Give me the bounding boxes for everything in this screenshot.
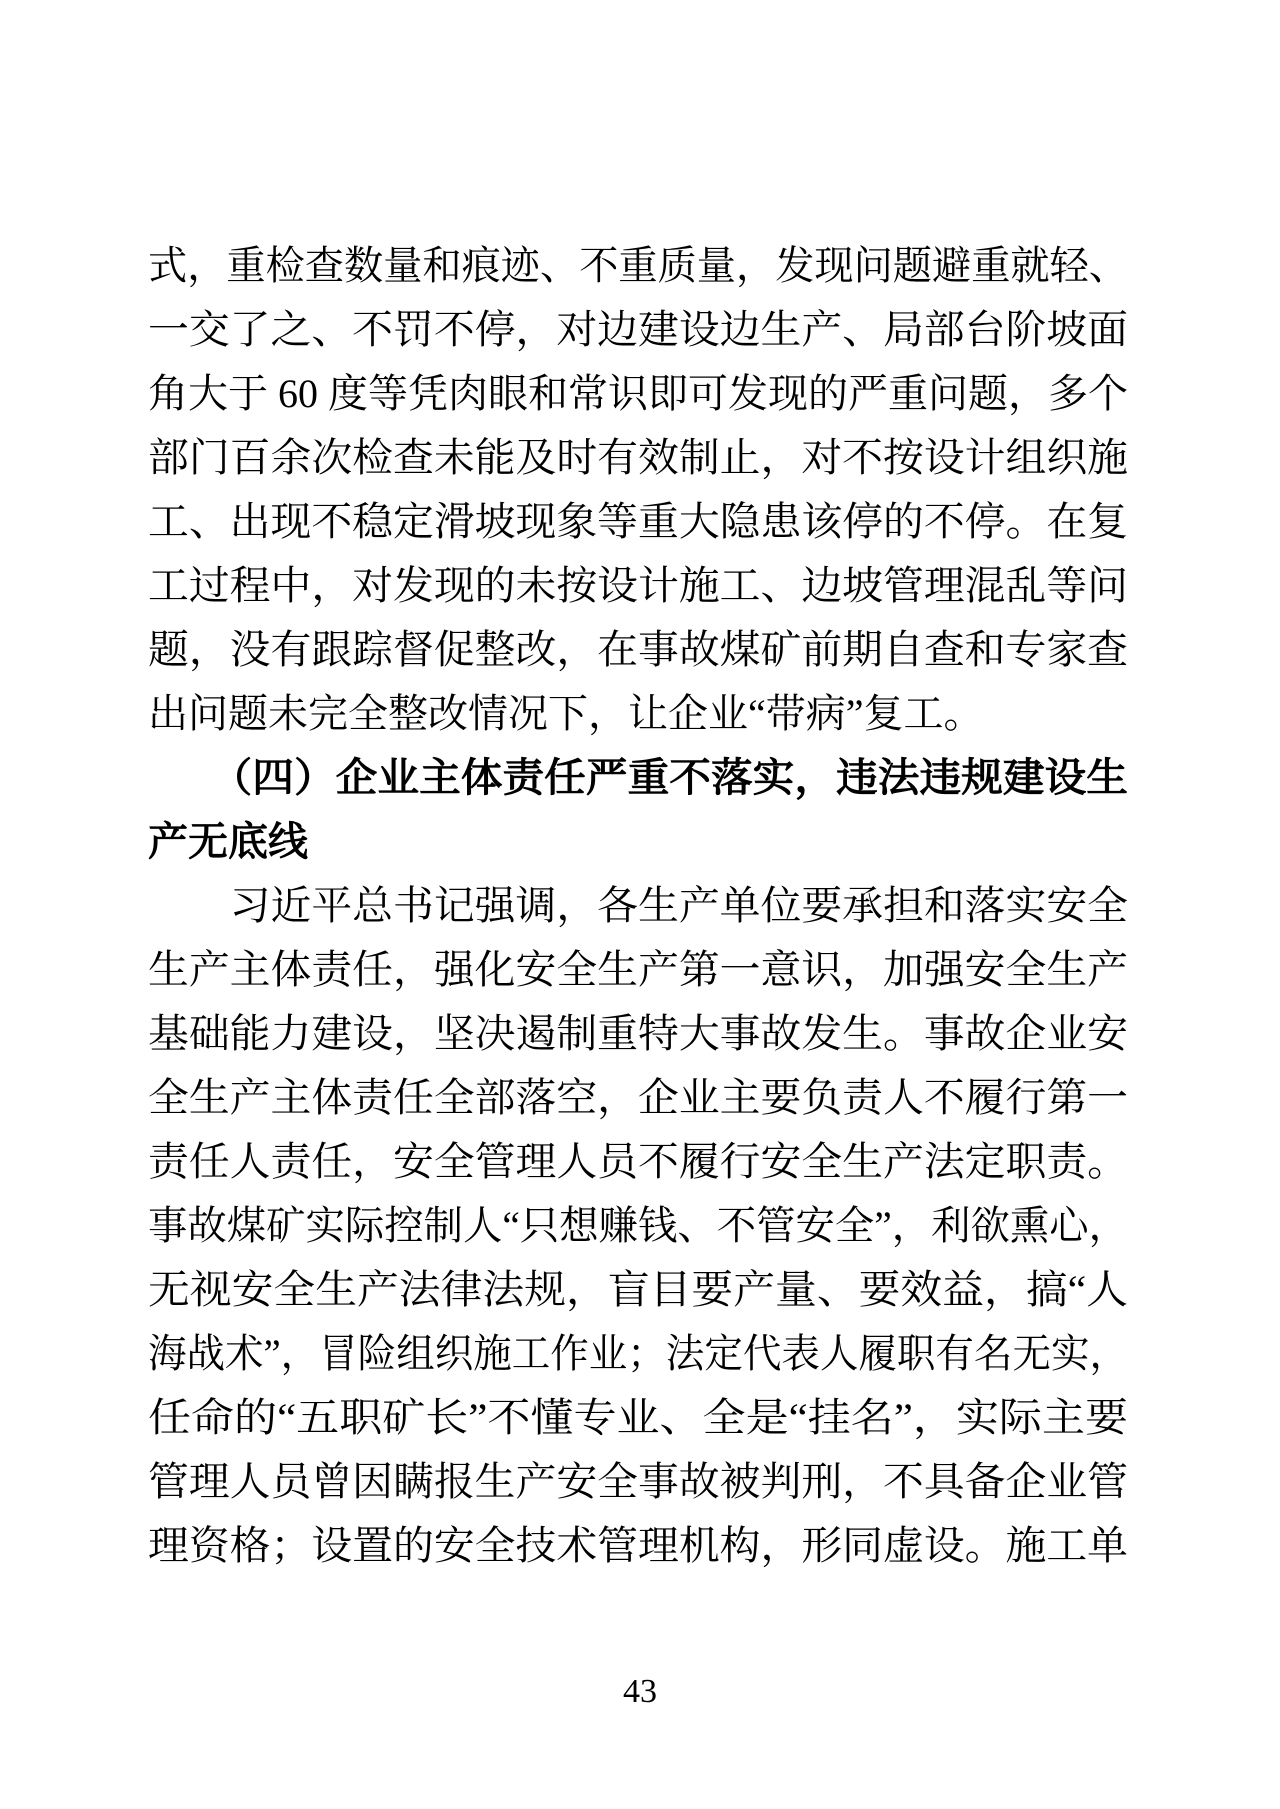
text-line-11: 习近平总书记强调，各生产单位要承担和落实安全 <box>148 874 1128 938</box>
text-line-content: 无视安全生产法律法规，盲目要产量、要效益，搞“人 <box>148 1258 1128 1322</box>
text-line-content: 基础能力建设，坚决遏制重特大事故发生。事故企业安 <box>148 1002 1128 1066</box>
text-line-8: 出问题未完全整改情况下，让企业“带病”复工。 <box>148 682 1128 746</box>
text-line-4: 部门百余次检查未能及时有效制止，对不按设计组织施 <box>148 426 1128 490</box>
text-line-6: 工过程中，对发现的未按设计施工、边坡管理混乱等问 <box>148 554 1128 618</box>
text-line-content: 题，没有跟踪督促整改，在事故煤矿前期自查和专家查 <box>148 618 1128 682</box>
document-body: 式，重检查数量和痕迹、不重质量，发现问题避重就轻、一交了之、不罚不停，对边建设边… <box>148 234 1128 1578</box>
text-line-5: 工、出现不稳定滑坡现象等重大隐患该停的不停。在复 <box>148 490 1128 554</box>
text-line-content: 海战术”，冒险组织施工作业；法定代表人履职有名无实， <box>148 1322 1128 1386</box>
text-line-7: 题，没有跟踪督促整改，在事故煤矿前期自查和专家查 <box>148 618 1128 682</box>
text-line-content: 任命的“五职矿长”不懂专业、全是“挂名”，实际主要 <box>148 1386 1128 1450</box>
text-line-content: 习近平总书记强调，各生产单位要承担和落实安全 <box>148 874 1128 938</box>
text-line-content: 产无底线 <box>148 810 308 874</box>
text-line-content: 管理人员曾因瞒报生产安全事故被判刑，不具备企业管 <box>148 1450 1128 1514</box>
text-line-2: 一交了之、不罚不停，对边建设边生产、局部台阶坡面 <box>148 298 1128 362</box>
text-line-10: 产无底线 <box>148 810 1128 874</box>
page-number: 43 <box>0 1672 1280 1712</box>
text-line-12: 生产主体责任，强化安全生产第一意识，加强安全生产 <box>148 938 1128 1002</box>
text-line-14: 全生产主体责任全部落空，企业主要负责人不履行第一 <box>148 1066 1128 1130</box>
text-line-18: 海战术”，冒险组织施工作业；法定代表人履职有名无实， <box>148 1322 1128 1386</box>
text-line-content: 生产主体责任，强化安全生产第一意识，加强安全生产 <box>148 938 1128 1002</box>
text-line-20: 管理人员曾因瞒报生产安全事故被判刑，不具备企业管 <box>148 1450 1128 1514</box>
text-line-content: 工、出现不稳定滑坡现象等重大隐患该停的不停。在复 <box>148 490 1128 554</box>
text-line-17: 无视安全生产法律法规，盲目要产量、要效益，搞“人 <box>148 1258 1128 1322</box>
text-line-16: 事故煤矿实际控制人“只想赚钱、不管安全”，利欲熏心， <box>148 1194 1128 1258</box>
text-line-3: 角大于 60 度等凭肉眼和常识即可发现的严重问题，多个 <box>148 362 1128 426</box>
text-line-1: 式，重检查数量和痕迹、不重质量，发现问题避重就轻、 <box>148 234 1128 298</box>
document-page: 式，重检查数量和痕迹、不重质量，发现问题避重就轻、一交了之、不罚不停，对边建设边… <box>0 0 1280 1809</box>
text-line-21: 理资格；设置的安全技术管理机构，形同虚设。施工单 <box>148 1514 1128 1578</box>
text-line-content: 一交了之、不罚不停，对边建设边生产、局部台阶坡面 <box>148 298 1128 362</box>
text-line-content: 角大于 60 度等凭肉眼和常识即可发现的严重问题，多个 <box>148 362 1128 426</box>
text-line-content: （四）企业主体责任严重不落实，违法违规建设生 <box>148 746 1128 810</box>
text-line-13: 基础能力建设，坚决遏制重特大事故发生。事故企业安 <box>148 1002 1128 1066</box>
text-line-9: （四）企业主体责任严重不落实，违法违规建设生 <box>148 746 1128 810</box>
text-line-content: 出问题未完全整改情况下，让企业“带病”复工。 <box>148 682 984 746</box>
text-line-content: 责任人责任，安全管理人员不履行安全生产法定职责。 <box>148 1130 1128 1194</box>
text-line-content: 式，重检查数量和痕迹、不重质量，发现问题避重就轻、 <box>148 234 1128 298</box>
text-line-content: 理资格；设置的安全技术管理机构，形同虚设。施工单 <box>148 1514 1128 1578</box>
text-line-content: 部门百余次检查未能及时有效制止，对不按设计组织施 <box>148 426 1128 490</box>
text-line-content: 工过程中，对发现的未按设计施工、边坡管理混乱等问 <box>148 554 1128 618</box>
text-line-content: 全生产主体责任全部落空，企业主要负责人不履行第一 <box>148 1066 1128 1130</box>
text-line-19: 任命的“五职矿长”不懂专业、全是“挂名”，实际主要 <box>148 1386 1128 1450</box>
text-line-15: 责任人责任，安全管理人员不履行安全生产法定职责。 <box>148 1130 1128 1194</box>
text-line-content: 事故煤矿实际控制人“只想赚钱、不管安全”，利欲熏心， <box>148 1194 1128 1258</box>
